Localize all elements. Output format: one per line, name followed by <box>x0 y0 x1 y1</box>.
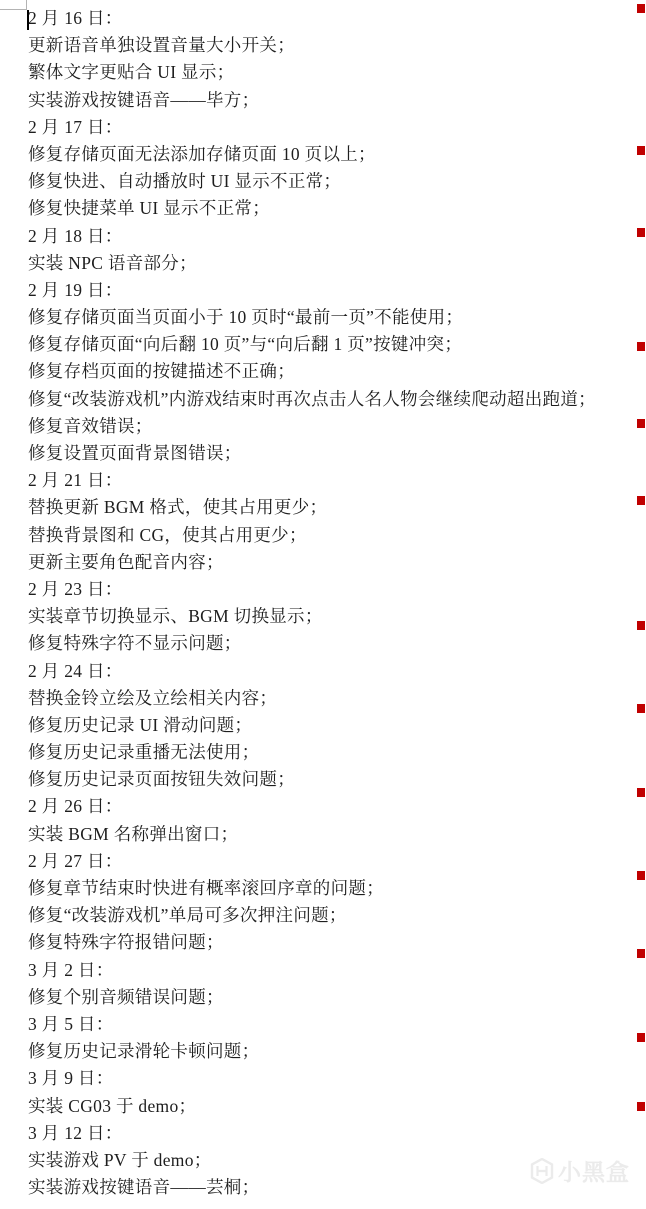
text-line[interactable]: 修复“改装游戏机”单局可多次押注问题； <box>28 902 636 929</box>
text-line[interactable]: 修复快进、自动播放时 UI 显示不正常； <box>28 168 636 195</box>
text-line[interactable]: 修复存储页面无法添加存储页面 10 页以上； <box>28 141 636 168</box>
text-line[interactable]: 实装 CG03 于 demo； <box>28 1093 636 1120</box>
text-line[interactable]: 修复历史记录页面按钮失效问题； <box>28 766 636 793</box>
text-line[interactable]: 2 月 21 日： <box>28 467 636 494</box>
text-line[interactable]: 修复历史记录 UI 滑动问题； <box>28 712 636 739</box>
revision-marker <box>637 146 645 155</box>
revision-marker <box>637 704 645 713</box>
page-corner-mark-horizontal <box>0 9 26 10</box>
watermark-label: 小黑盒 <box>558 1154 630 1187</box>
revision-marker <box>637 621 645 630</box>
text-line[interactable]: 2 月 19 日： <box>28 277 636 304</box>
text-line[interactable]: 2 月 18 日： <box>28 223 636 250</box>
text-line[interactable]: 替换更新 BGM 格式，使其占用更少； <box>28 494 636 521</box>
revision-marker <box>637 871 645 880</box>
text-line[interactable]: 修复存档页面的按键描述不正确； <box>28 358 636 385</box>
page-corner-mark-vertical <box>26 0 27 10</box>
document-page[interactable]: 2 月 16 日：更新语音单独设置音量大小开关；繁体文字更贴合 UI 显示；实装… <box>0 0 646 1209</box>
text-line[interactable]: 3 月 2 日： <box>28 957 636 984</box>
text-line[interactable]: 修复历史记录滑轮卡顿问题； <box>28 1038 636 1065</box>
text-line[interactable]: 实装章节切换显示、BGM 切换显示； <box>28 603 636 630</box>
xiaoheihe-box-icon <box>530 1158 554 1184</box>
text-line[interactable]: 更新主要角色配音内容； <box>28 549 636 576</box>
text-line[interactable]: 2 月 24 日： <box>28 658 636 685</box>
text-line[interactable]: 修复历史记录重播无法使用； <box>28 739 636 766</box>
text-line[interactable]: 修复“改装游戏机”内游戏结束时再次点击人名人物会继续爬动超出跑道； <box>28 386 636 413</box>
text-line[interactable]: 修复设置页面背景图错误； <box>28 440 636 467</box>
revision-marker <box>637 788 645 797</box>
text-line[interactable]: 2 月 16 日： <box>28 5 636 32</box>
revision-marker <box>637 496 645 505</box>
text-cursor-caret <box>27 10 29 30</box>
watermark: 小黑盒 <box>530 1154 630 1187</box>
text-line[interactable]: 实装 NPC 语音部分； <box>28 250 636 277</box>
text-line[interactable]: 修复特殊字符不显示问题； <box>28 630 636 657</box>
text-line[interactable]: 3 月 12 日： <box>28 1120 636 1147</box>
text-line[interactable]: 修复快捷菜单 UI 显示不正常； <box>28 195 636 222</box>
changelog-text-block[interactable]: 2 月 16 日：更新语音单独设置音量大小开关；繁体文字更贴合 UI 显示；实装… <box>28 5 636 1201</box>
text-line[interactable]: 修复存储页面“向后翻 10 页”与“向后翻 1 页”按键冲突； <box>28 331 636 358</box>
revision-marker <box>637 4 645 13</box>
revision-marker <box>637 949 645 958</box>
revision-marker <box>637 228 645 237</box>
text-line[interactable]: 修复特殊字符报错问题； <box>28 929 636 956</box>
text-line[interactable]: 繁体文字更贴合 UI 显示； <box>28 59 636 86</box>
text-line[interactable]: 2 月 27 日： <box>28 848 636 875</box>
revision-marker <box>637 1033 645 1042</box>
revision-marker <box>637 1102 645 1111</box>
text-line[interactable]: 3 月 9 日： <box>28 1065 636 1092</box>
text-line[interactable]: 3 月 5 日： <box>28 1011 636 1038</box>
text-line[interactable]: 2 月 17 日： <box>28 114 636 141</box>
text-line[interactable]: 修复存储页面当页面小于 10 页时“最前一页”不能使用； <box>28 304 636 331</box>
revision-marker <box>637 419 645 428</box>
text-line[interactable]: 2 月 23 日： <box>28 576 636 603</box>
text-line[interactable]: 更新语音单独设置音量大小开关； <box>28 32 636 59</box>
text-line[interactable]: 实装 BGM 名称弹出窗口； <box>28 821 636 848</box>
text-line[interactable]: 修复章节结束时快进有概率滚回序章的问题； <box>28 875 636 902</box>
text-line[interactable]: 替换金铃立绘及立绘相关内容； <box>28 685 636 712</box>
text-line[interactable]: 替换背景图和 CG，使其占用更少； <box>28 522 636 549</box>
text-line[interactable]: 修复个别音频错误问题； <box>28 984 636 1011</box>
text-line[interactable]: 修复音效错误； <box>28 413 636 440</box>
revision-marker <box>637 342 645 351</box>
text-line[interactable]: 实装游戏按键语音——毕方； <box>28 87 636 114</box>
text-line[interactable]: 2 月 26 日： <box>28 793 636 820</box>
